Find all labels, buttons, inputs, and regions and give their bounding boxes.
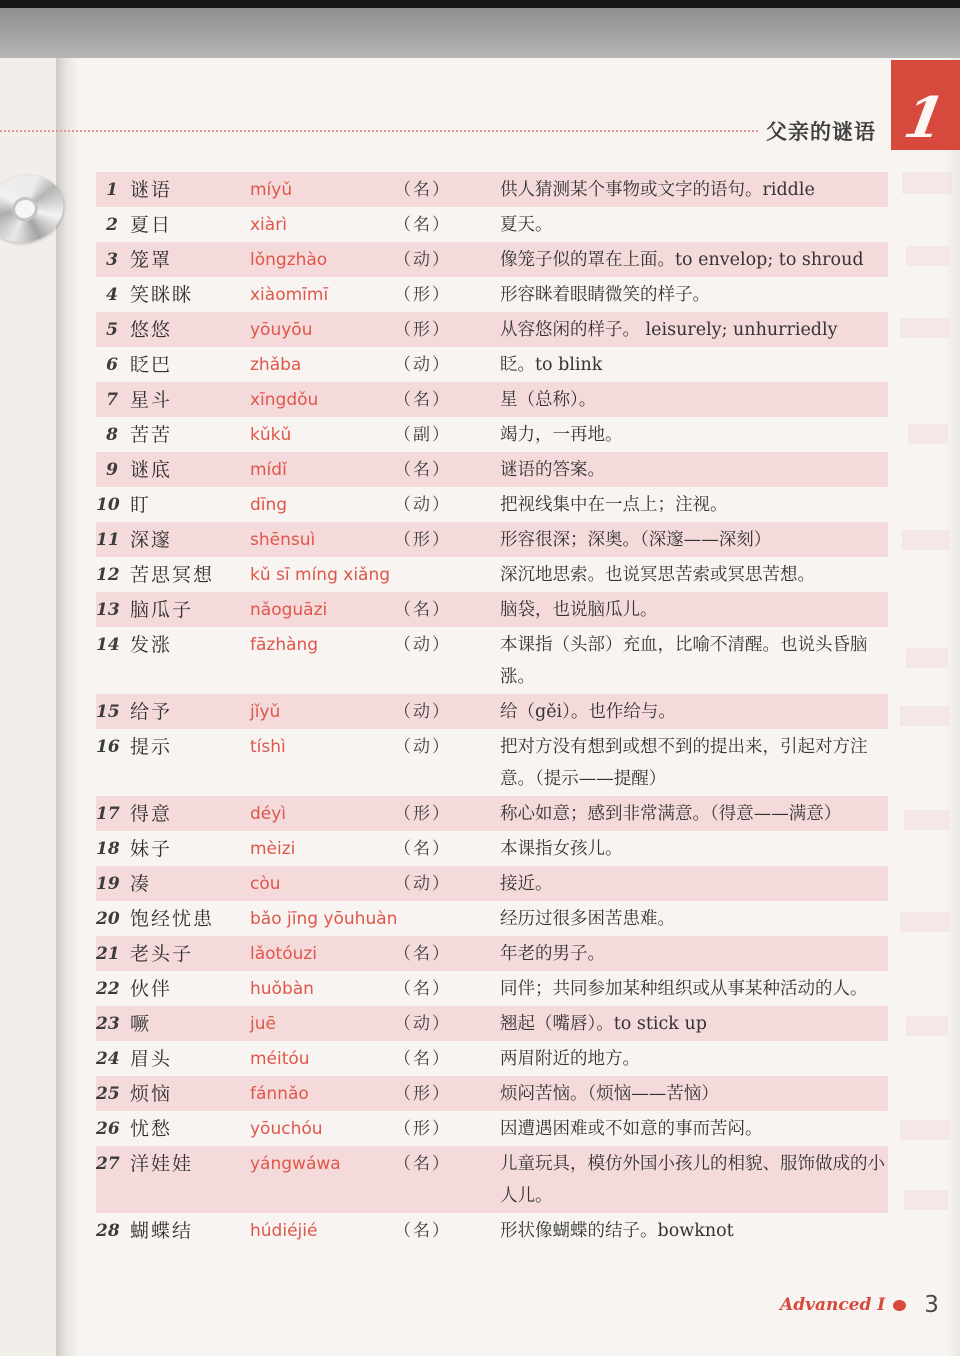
entry-number: 10 (96, 489, 122, 521)
entry-number: 14 (96, 629, 122, 661)
entry-definition: 夏天。 (490, 209, 888, 241)
vocab-row: 9 谜底 mídǐ （名） 谜语的答案。 (96, 452, 888, 487)
entry-pinyin: xiàomīmī (250, 279, 394, 311)
entry-definition: 本课指女孩儿。 (490, 833, 888, 865)
entry-pos: （副） (394, 419, 490, 451)
entry-word: 悠悠 (122, 314, 250, 346)
entry-pinyin: yōuyōu (250, 314, 394, 346)
showthrough-mark (906, 1016, 948, 1036)
entry-definition: 形容眯着眼睛微笑的样子。 (490, 279, 888, 311)
entry-number: 4 (96, 279, 122, 311)
entry-pinyin: còu (250, 868, 394, 900)
scan-edge-top (0, 0, 960, 8)
entry-definition: 把对方没有想到或想不到的提出来，引起对方注意。（提示——提醒） (490, 731, 888, 795)
entry-number: 11 (96, 524, 122, 556)
entry-word: 洋娃娃 (122, 1148, 250, 1180)
vocab-row: 2 夏日 xiàrì （名） 夏天。 (96, 207, 888, 242)
entry-pos: （名） (394, 174, 490, 206)
vocab-row: 1 谜语 míyǔ （名） 供人猜测某个事物或文字的语句。riddle (96, 172, 888, 207)
chapter-number-tab: 1 (891, 60, 960, 150)
vocab-row: 12 苦思冥想 kǔ sī míng xiǎng 深沉地思索。也说冥思苦索或冥思… (96, 557, 888, 592)
entry-pinyin: yángwáwa (250, 1148, 394, 1180)
entry-definition: 从容悠闲的样子。 leisurely; unhurriedly (490, 314, 888, 346)
entry-definition: 接近。 (490, 868, 888, 900)
showthrough-mark (902, 172, 952, 194)
vocab-row: 14 发涨 fāzhàng （动） 本课指（头部）充血，比喻不清醒。也说头昏脑涨… (96, 627, 888, 694)
entry-definition: 本课指（头部）充血，比喻不清醒。也说头昏脑涨。 (490, 629, 888, 693)
entry-pos: （名） (394, 594, 490, 626)
entry-definition: 眨。to blink (490, 349, 888, 381)
entry-pos: （名） (394, 1148, 490, 1180)
entry-number: 1 (96, 174, 122, 206)
entry-pos: （动） (394, 244, 490, 276)
entry-word: 笼罩 (122, 244, 250, 276)
entry-pos: （形） (394, 1078, 490, 1110)
entry-definition: 星（总称）。 (490, 384, 888, 416)
entry-word: 凑 (122, 868, 250, 900)
entry-pos: （名） (394, 833, 490, 865)
entry-definition: 翘起（嘴唇）。to stick up (490, 1008, 888, 1040)
entry-pos: （形） (394, 279, 490, 311)
vocab-row: 4 笑眯眯 xiàomīmī （形） 形容眯着眼睛微笑的样子。 (96, 277, 888, 312)
vocab-row: 19 凑 còu （动） 接近。 (96, 866, 888, 901)
showthrough-mark (904, 1190, 948, 1210)
entry-pos: （动） (394, 868, 490, 900)
book-spine-shadow (56, 58, 80, 1356)
vocab-row: 22 伙伴 huǒbàn （名） 同伴；共同参加某种组织或从事某种活动的人。 (96, 971, 888, 1006)
entry-pos: （形） (394, 1113, 490, 1145)
entry-definition: 形容很深；深奥。（深邃——深刻） (490, 524, 888, 556)
entry-word: 老头子 (122, 938, 250, 970)
entry-word: 苦思冥想 (122, 559, 250, 591)
entry-definition: 供人猜测某个事物或文字的语句。riddle (490, 174, 888, 206)
vocab-row: 20 饱经忧患 bǎo jīng yōuhuàn 经历过很多困苦患难。 (96, 901, 888, 936)
entry-number: 17 (96, 798, 122, 830)
entry-pinyin: xiàrì (250, 209, 394, 241)
entry-number: 5 (96, 314, 122, 346)
entry-number: 12 (96, 559, 122, 591)
entry-definition: 同伴；共同参加某种组织或从事某种活动的人。 (490, 973, 888, 1005)
vocab-row: 21 老头子 lǎotóuzi （名） 年老的男子。 (96, 936, 888, 971)
entry-pinyin: xīngdǒu (250, 384, 394, 416)
entry-pinyin: kǔkǔ (250, 419, 394, 451)
vocab-row: 15 给予 jǐyǔ （动） 给（gěi）。也作给与。 (96, 694, 888, 729)
vocab-row: 13 脑瓜子 nǎoguāzi （名） 脑袋，也说脑瓜儿。 (96, 592, 888, 627)
entry-pos: （名） (394, 1215, 490, 1247)
entry-word: 谜底 (122, 454, 250, 486)
scanned-textbook-page: 父亲的谜语 1 1 谜语 míyǔ （名） 供人猜测某个事物或文字的语句。rid… (0, 0, 960, 1356)
vocab-row: 26 忧愁 yōuchóu （形） 因遭遇困难或不如意的事而苦闷。 (96, 1111, 888, 1146)
entry-pinyin: míyǔ (250, 174, 394, 206)
entry-definition: 形状像蝴蝶的结子。bowknot (490, 1215, 888, 1247)
vocab-row: 3 笼罩 lǒngzhào （动） 像笼子似的罩在上面。to envelop; … (96, 242, 888, 277)
entry-word: 盯 (122, 489, 250, 521)
chapter-number: 1 (900, 90, 949, 146)
entry-definition: 竭力，一再地。 (490, 419, 888, 451)
entry-pinyin: déyì (250, 798, 394, 830)
vocab-row: 24 眉头 méitóu （名） 两眉附近的地方。 (96, 1041, 888, 1076)
showthrough-mark (908, 424, 948, 444)
entry-definition: 深沉地思索。也说冥思苦索或冥思苦想。 (490, 559, 888, 591)
entry-word: 脑瓜子 (122, 594, 250, 626)
entry-word: 苦苦 (122, 419, 250, 451)
entry-pinyin: fāzhàng (250, 629, 394, 661)
vocab-row: 17 得意 déyì （形） 称心如意；感到非常满意。（得意——满意） (96, 796, 888, 831)
showthrough-mark (906, 246, 950, 266)
entry-pos: （名） (394, 454, 490, 486)
entry-pinyin: méitóu (250, 1043, 394, 1075)
entry-number: 9 (96, 454, 122, 486)
entry-word: 得意 (122, 798, 250, 830)
scan-edge-gray (0, 8, 960, 58)
entry-pinyin: yōuchóu (250, 1113, 394, 1145)
entry-pos: （形） (394, 798, 490, 830)
entry-word: 伙伴 (122, 973, 250, 1005)
showthrough-mark (904, 810, 950, 830)
entry-definition: 像笼子似的罩在上面。to envelop; to shroud (490, 244, 888, 276)
entry-number: 26 (96, 1113, 122, 1145)
showthrough-mark (900, 318, 950, 338)
entry-pos: （动） (394, 489, 490, 521)
entry-definition: 脑袋，也说脑瓜儿。 (490, 594, 888, 626)
entry-pinyin: mídǐ (250, 454, 394, 486)
entry-number: 21 (96, 938, 122, 970)
entry-number: 25 (96, 1078, 122, 1110)
entry-word: 噘 (122, 1008, 250, 1040)
entry-pos: （名） (394, 384, 490, 416)
entry-pinyin: fánnǎo (250, 1078, 394, 1110)
entry-pos: （形） (394, 524, 490, 556)
showthrough-mark (900, 912, 950, 932)
page-footer: Advanced I 3 (780, 1292, 939, 1318)
entry-definition: 经历过很多困苦患难。 (490, 903, 888, 935)
entry-definition: 儿童玩具，模仿外国小孩儿的相貌、服饰做成的小人儿。 (490, 1148, 888, 1212)
entry-word: 深邃 (122, 524, 250, 556)
entry-number: 24 (96, 1043, 122, 1075)
chapter-title: 父亲的谜语 (766, 116, 894, 146)
vocab-row: 18 妹子 mèizi （名） 本课指女孩儿。 (96, 831, 888, 866)
entry-pinyin: bǎo jīng yōuhuàn (250, 903, 394, 935)
vocab-row: 25 烦恼 fánnǎo （形） 烦闷苦恼。（烦恼——苦恼） (96, 1076, 888, 1111)
entry-word: 眉头 (122, 1043, 250, 1075)
entry-number: 22 (96, 973, 122, 1005)
entry-word: 妹子 (122, 833, 250, 865)
vocab-row: 7 星斗 xīngdǒu （名） 星（总称）。 (96, 382, 888, 417)
entry-definition: 把视线集中在一点上；注视。 (490, 489, 888, 521)
entry-word: 发涨 (122, 629, 250, 661)
entry-pinyin: shēnsuì (250, 524, 394, 556)
entry-number: 28 (96, 1215, 122, 1247)
entry-word: 眨巴 (122, 349, 250, 381)
entry-number: 7 (96, 384, 122, 416)
entry-pos: （动） (394, 629, 490, 661)
entry-number: 23 (96, 1008, 122, 1040)
entry-pinyin: tíshì (250, 731, 394, 763)
vocab-row: 27 洋娃娃 yángwáwa （名） 儿童玩具，模仿外国小孩儿的相貌、服饰做成… (96, 1146, 888, 1213)
entry-pinyin: huǒbàn (250, 973, 394, 1005)
entry-word: 夏日 (122, 209, 250, 241)
entry-definition: 年老的男子。 (490, 938, 888, 970)
previous-page-sliver (0, 58, 58, 1356)
entry-word: 给予 (122, 696, 250, 728)
entry-number: 16 (96, 731, 122, 763)
vocab-row: 11 深邃 shēnsuì （形） 形容很深；深奥。（深邃——深刻） (96, 522, 888, 557)
series-brand: Advanced I (780, 1295, 885, 1315)
entry-pos: （名） (394, 973, 490, 1005)
entry-word: 忧愁 (122, 1113, 250, 1145)
entry-pinyin: jǐyǔ (250, 696, 394, 728)
showthrough-mark (906, 648, 948, 668)
entry-pinyin: mèizi (250, 833, 394, 865)
entry-number: 3 (96, 244, 122, 276)
entry-number: 18 (96, 833, 122, 865)
vocab-row: 23 噘 juē （动） 翘起（嘴唇）。to stick up (96, 1006, 888, 1041)
entry-word: 烦恼 (122, 1078, 250, 1110)
entry-pinyin: kǔ sī míng xiǎng (250, 559, 394, 591)
vocab-row: 16 提示 tíshì （动） 把对方没有想到或想不到的提出来，引起对方注意。（… (96, 729, 888, 796)
entry-pinyin: nǎoguāzi (250, 594, 394, 626)
entry-definition: 两眉附近的地方。 (490, 1043, 888, 1075)
entry-pos: （名） (394, 938, 490, 970)
entry-pinyin: lǎotóuzi (250, 938, 394, 970)
entry-word: 饱经忧患 (122, 903, 250, 935)
entry-word: 星斗 (122, 384, 250, 416)
entry-number: 27 (96, 1148, 122, 1180)
entry-pinyin: dīng (250, 489, 394, 521)
vocab-row: 10 盯 dīng （动） 把视线集中在一点上；注视。 (96, 487, 888, 522)
entry-pos: （名） (394, 1043, 490, 1075)
entry-word: 蝴蝶结 (122, 1215, 250, 1247)
entry-definition: 烦闷苦恼。（烦恼——苦恼） (490, 1078, 888, 1110)
entry-word: 谜语 (122, 174, 250, 206)
entry-number: 19 (96, 868, 122, 900)
entry-definition: 谜语的答案。 (490, 454, 888, 486)
entry-pos: （动） (394, 1008, 490, 1040)
showthrough-mark (900, 706, 950, 726)
header-dotted-rule (0, 130, 758, 132)
entry-pinyin: lǒngzhào (250, 244, 394, 276)
vocab-row: 6 眨巴 zhǎba （动） 眨。to blink (96, 347, 888, 382)
entry-pos: （形） (394, 314, 490, 346)
entry-number: 8 (96, 419, 122, 451)
vocab-row: 28 蝴蝶结 húdiéjié （名） 形状像蝴蝶的结子。bowknot (96, 1213, 888, 1248)
entry-pos: （动） (394, 696, 490, 728)
entry-pos: （动） (394, 731, 490, 763)
entry-word: 笑眯眯 (122, 279, 250, 311)
page-number: 3 (924, 1292, 939, 1318)
entry-number: 13 (96, 594, 122, 626)
vocab-row: 5 悠悠 yōuyōu （形） 从容悠闲的样子。 leisurely; unhu… (96, 312, 888, 347)
entry-pos: （名） (394, 209, 490, 241)
vocab-row: 8 苦苦 kǔkǔ （副） 竭力，一再地。 (96, 417, 888, 452)
entry-number: 20 (96, 903, 122, 935)
vocab-list: 1 谜语 míyǔ （名） 供人猜测某个事物或文字的语句。riddle 2 夏日… (96, 172, 888, 1248)
entry-number: 15 (96, 696, 122, 728)
entry-number: 6 (96, 349, 122, 381)
entry-definition: 称心如意；感到非常满意。（得意——满意） (490, 798, 888, 830)
showthrough-mark (902, 530, 950, 550)
entry-pinyin: húdiéjié (250, 1215, 394, 1247)
entry-word: 提示 (122, 731, 250, 763)
entry-number: 2 (96, 209, 122, 241)
brand-dot-icon (893, 1300, 906, 1311)
entry-definition: 给（gěi）。也作给与。 (490, 696, 888, 728)
entry-definition: 因遭遇困难或不如意的事而苦闷。 (490, 1113, 888, 1145)
entry-pos: （动） (394, 349, 490, 381)
entry-pinyin: juē (250, 1008, 394, 1040)
showthrough-mark (900, 1120, 950, 1140)
entry-pinyin: zhǎba (250, 349, 394, 381)
